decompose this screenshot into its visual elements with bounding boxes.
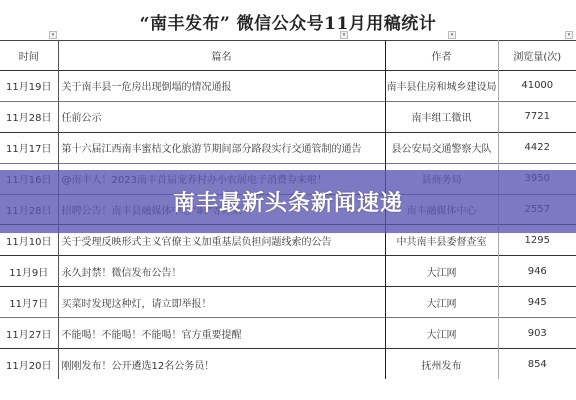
filter-dropdown-time[interactable]: ▾ (49, 31, 57, 39)
table-row: 11月9日 永久封禁！微信发布公告！ 大江网 946 (0, 256, 576, 287)
table-row: 11月27日 不能喝！不能喝！不能喝！官方重要提醒 大江网 903 (0, 318, 576, 349)
chevron-down-icon: ▾ (568, 32, 571, 38)
table-row: 11月19日 关于南丰县一危房出现倒塌的情况通报 南丰县住房和城乡建设局 410… (0, 71, 576, 102)
cell-date: 11月17日 (0, 132, 58, 163)
cell-views: 7721 (498, 101, 576, 132)
header-author: 作者 (385, 41, 498, 71)
cell-title: 关于南丰县一危房出现倒塌的情况通报 (58, 71, 385, 102)
cell-date: 11月28日 (0, 101, 58, 132)
cell-date: 11月7日 (0, 287, 58, 318)
cell-views: 946 (498, 256, 576, 287)
cell-views: 945 (498, 287, 576, 318)
filter-dropdown-title[interactable]: ▾ (340, 31, 348, 39)
filter-dropdown-author[interactable]: ▾ (448, 31, 456, 39)
cell-title: 第十六届江西南丰蜜桔文化旅游节期间部分路段实行交通管制的通告 (58, 132, 385, 163)
cell-title: 不能喝！不能喝！不能喝！官方重要提醒 (58, 318, 385, 349)
cell-views: 41000 (498, 71, 576, 102)
cell-author: 抚州发布 (385, 349, 498, 380)
cell-views: 4422 (498, 132, 576, 163)
header-row: 时间 篇名 作者 浏览量(次) (0, 41, 576, 71)
cell-title: 刚刚发布！公开遴选12名公务员！ (58, 349, 385, 380)
table-row: 11月20日 刚刚发布！公开遴选12名公务员！ 抚州发布 854 (0, 349, 576, 380)
table-row: 11月28日 任前公示 南丰组工微讯 7721 (0, 101, 576, 132)
cell-author: 大江网 (385, 287, 498, 318)
table-row: 11月7日 买菜时发现这种灯，请立即举报！ 大江网 945 (0, 287, 576, 318)
chevron-down-icon: ▾ (343, 32, 346, 38)
title-row: “南丰发布” 微信公众号11月用稿统计 ▾ ▾ ▾ ▾ (0, 0, 576, 40)
spreadsheet-screenshot: “南丰发布” 微信公众号11月用稿统计 ▾ ▾ ▾ ▾ 时间 篇名 作者 浏览量… (0, 0, 576, 400)
headline-text: 南丰最新头条新闻速递 (0, 186, 576, 217)
cell-author: 大江网 (385, 318, 498, 349)
cell-date: 11月27日 (0, 318, 58, 349)
cell-title: 买菜时发现这种灯，请立即举报！ (58, 287, 385, 318)
cell-date: 11月20日 (0, 349, 58, 380)
chevron-down-icon: ▾ (451, 32, 454, 38)
cell-title: 永久封禁！微信发布公告！ (58, 256, 385, 287)
cell-date: 11月19日 (0, 71, 58, 102)
filter-dropdown-views[interactable]: ▾ (565, 31, 573, 39)
cell-author: 南丰县住房和城乡建设局 (385, 71, 498, 102)
sheet-title: “南丰发布” 微信公众号11月用稿统计 (0, 9, 576, 34)
cell-views: 903 (498, 318, 576, 349)
header-time: 时间 (0, 41, 58, 71)
cell-author: 大江网 (385, 256, 498, 287)
header-views: 浏览量(次) (498, 41, 576, 71)
cell-title: 任前公示 (58, 101, 385, 132)
header-title: 篇名 (58, 41, 385, 71)
table-row: 11月17日 第十六届江西南丰蜜桔文化旅游节期间部分路段实行交通管制的通告 县公… (0, 132, 576, 163)
chevron-down-icon: ▾ (52, 32, 55, 38)
cell-views: 854 (498, 349, 576, 380)
cell-date: 11月9日 (0, 256, 58, 287)
cell-author: 南丰组工微讯 (385, 101, 498, 132)
cell-author: 县公安局交通警察大队 (385, 132, 498, 163)
